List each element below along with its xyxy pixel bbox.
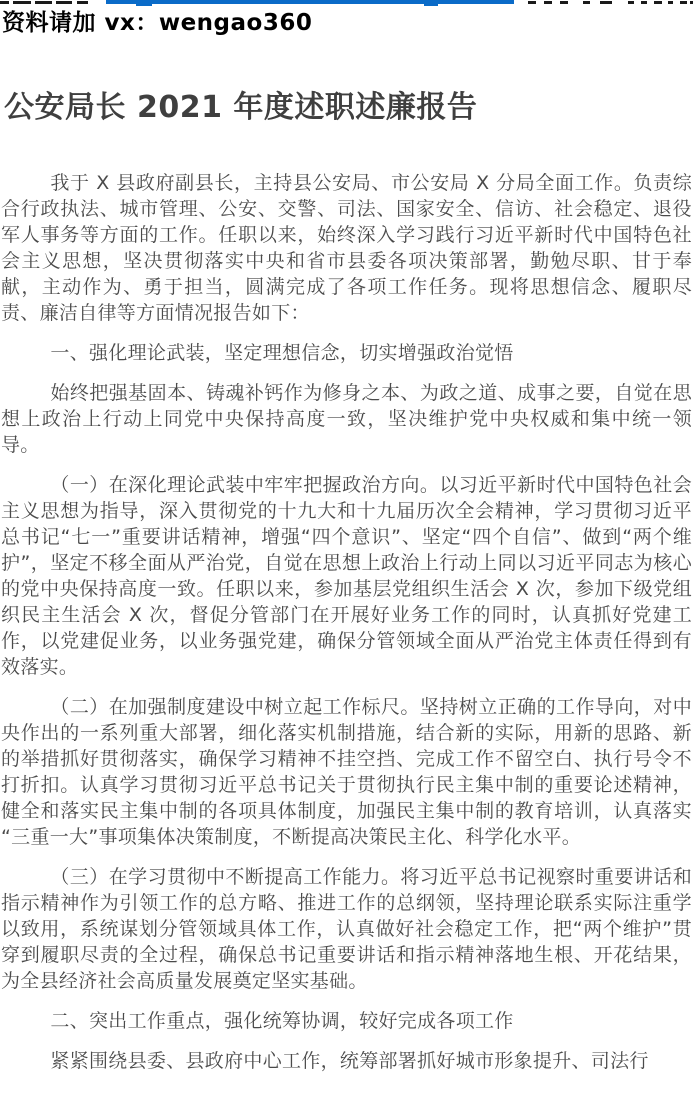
clipped-char-fragment	[13, 1, 31, 4]
clipped-char-fragment	[35, 1, 52, 4]
clipped-char-fragment	[600, 1, 612, 4]
clipped-char-fragment	[680, 1, 687, 4]
paragraph-item-2: （二）在加强制度建设中树立起工作标尺。坚持树立正确的工作导向，对中央作出的一系列…	[0, 694, 693, 850]
document-page: 资料请加 vx：wengao360 公安局长 2021 年度述职述廉报告 我于 …	[0, 0, 693, 1074]
clipped-char-fragment	[583, 1, 590, 4]
partial-hyperlink-underline[interactable]	[106, 0, 514, 4]
clipped-char-fragment	[56, 1, 72, 4]
document-title: 公安局长 2021 年度述职述廉报告	[4, 88, 693, 128]
clipped-char-fragment	[544, 1, 552, 4]
clipped-char-fragment	[528, 1, 536, 4]
paragraph-section1-intro: 始终把强基固本、铸魂补钙作为修身之本、为政之道、成事之要，自觉在思想上政治上行动…	[0, 380, 693, 458]
clipped-char-fragment	[0, 1, 9, 4]
paragraph-intro: 我于 X 县政府副县长，主持县公安局、市公安局 X 分局全面工作。负责综合行政执…	[0, 170, 693, 326]
clipped-char-fragment	[641, 1, 647, 4]
clipped-char-fragment	[77, 1, 88, 4]
partial-hyperlink-fragment[interactable]	[136, 0, 152, 6]
partial-hyperlink-fragment[interactable]	[424, 0, 438, 6]
clipped-top-line	[0, 0, 693, 6]
clipped-char-fragment	[654, 1, 662, 4]
clipped-char-fragment	[628, 1, 634, 4]
clipped-char-fragment	[560, 1, 568, 4]
clipped-char-fragment	[668, 1, 673, 4]
contact-watermark-line: 资料请加 vx：wengao360	[2, 8, 693, 38]
paragraph-item-1: （一）在深化理论武装中牢牢把握政治方向。以习近平新时代中国特色社会主义思想为指导…	[0, 472, 693, 680]
paragraph-item-3: （三）在学习贯彻中不断提高工作能力。将习近平总书记视察时重要讲话和指示精神作为引…	[0, 864, 693, 994]
section-heading-2: 二、突出工作重点，强化统筹协调，较好完成各项工作	[0, 1008, 693, 1034]
paragraph-section2-intro-clipped: 紧紧围绕县委、县政府中心工作，统筹部署抓好城市形象提升、司法行	[0, 1048, 693, 1074]
section-heading-1: 一、强化理论武装，坚定理想信念，切实增强政治觉悟	[0, 340, 693, 366]
